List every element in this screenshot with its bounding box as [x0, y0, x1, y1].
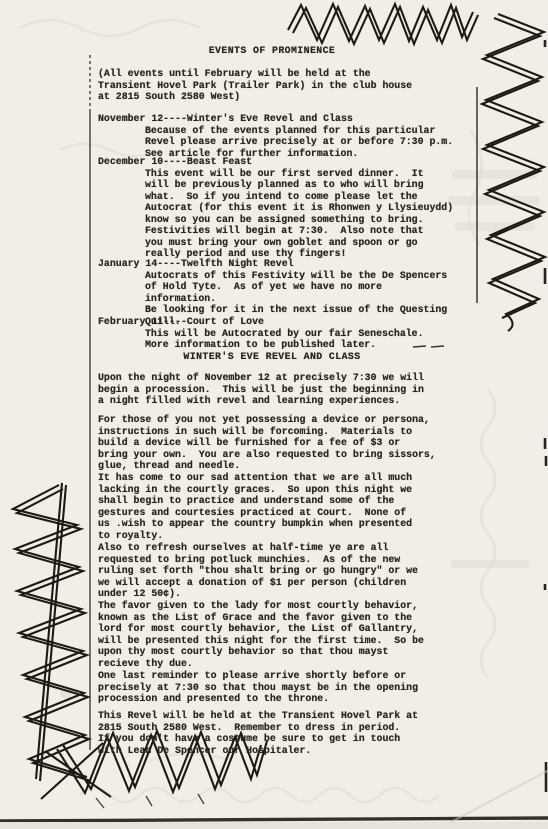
zigzag-border-left-icon: [13, 483, 91, 781]
paragraph-location: This Revel will be held at the Transient…: [98, 710, 456, 756]
document-body: EVENTS OF PROMINENCE (All events until F…: [96, 0, 458, 829]
event-item-december: December 10----Beast Feast This event wi…: [98, 156, 456, 260]
event-details: Because of the events planned for this p…: [98, 125, 456, 160]
paragraph-favors: The favor given to the lady for most cou…: [98, 600, 456, 669]
zigzag-border-right-icon: [477, 14, 545, 331]
paragraph-device-materials: For those of you not yet possessing a de…: [98, 414, 456, 472]
event-details: This will be Autocrated by our fair Sene…: [98, 328, 456, 351]
event-item-november: November 12----Winter's Eve Revel and Cl…: [98, 113, 456, 159]
paragraph-procession: Upon the night of November 12 at precise…: [98, 372, 456, 407]
section-heading-winters-eve: WINTER'S EVE REVEL AND CLASS: [96, 351, 448, 363]
event-title: February 11----Court of Love: [98, 316, 456, 328]
scan-edge-specks: [545, 40, 546, 792]
event-title: November 12----Winter's Eve Revel and Cl…: [98, 113, 456, 125]
event-details: This event will be our first served dinn…: [98, 168, 456, 260]
paragraph-reminder: One last reminder to please arrive short…: [98, 670, 456, 705]
scan-background-strip: [0, 822, 548, 829]
event-item-february: February 11----Court of Love This will b…: [98, 316, 456, 351]
event-title: December 10----Beast Feast: [98, 156, 456, 168]
intro-note: (All events until February will be held …: [98, 68, 456, 103]
section-heading-events: EVENTS OF PROMINENCE: [96, 45, 448, 57]
corner-cross-stroke: [41, 743, 103, 799]
scanned-newsletter-page: EVENTS OF PROMINENCE (All events until F…: [0, 0, 548, 829]
paragraph-courtly-graces: It has come to our sad attention that we…: [98, 472, 456, 541]
paragraph-potluck: Also to refresh ourselves at half-time y…: [98, 542, 456, 600]
event-title: January 14----Twelfth Night Revel: [98, 258, 456, 270]
